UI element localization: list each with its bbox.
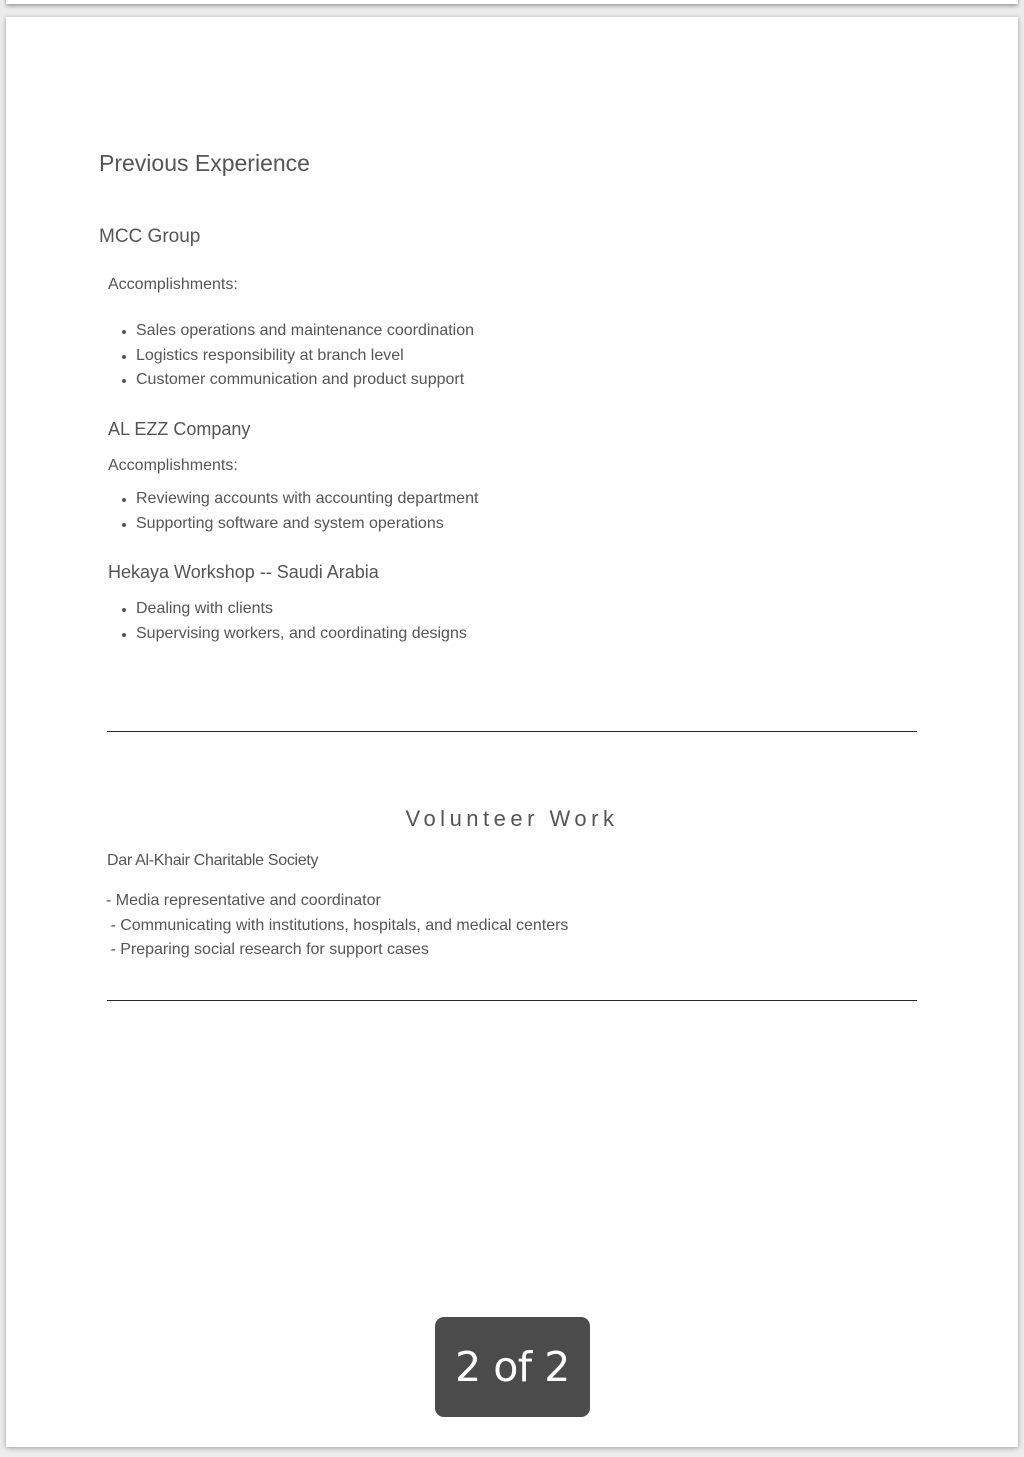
section-heading-previous-experience: Previous Experience [99,150,310,177]
volunteer-organization: Dar Al-Khair Charitable Society [107,852,318,870]
company-name: MCC Group [99,226,200,248]
accomplishments-list: Dealing with clients Supervising workers… [106,597,467,646]
accomplishments-label: Accomplishments: [108,457,238,475]
list-item: - Preparing social research for support … [106,938,568,963]
section-heading-volunteer-work: Volunteer Work [6,806,1018,832]
list-item: Supporting software and system operation… [136,512,478,537]
company-name: AL EZZ Company [108,419,250,440]
list-item: - Communicating with institutions, hospi… [106,914,568,939]
list-item: Customer communication and product suppo… [136,368,474,393]
list-item: Reviewing accounts with accounting depar… [136,487,478,512]
previous-page-edge [6,0,1018,4]
accomplishments-list: Reviewing accounts with accounting depar… [106,487,478,536]
company-name: Hekaya Workshop -- Saudi Arabia [108,562,379,583]
document-page: Previous Experience MCC Group Accomplish… [6,17,1018,1447]
list-item: Logistics responsibility at branch level [136,344,474,369]
list-item: Sales operations and maintenance coordin… [136,319,474,344]
list-item: - Media representative and coordinator [106,889,568,914]
accomplishments-list: Sales operations and maintenance coordin… [106,319,474,393]
list-item: Dealing with clients [136,597,467,622]
page-indicator-badge: 2 of 2 [435,1317,590,1417]
list-item: Supervising workers, and coordinating de… [136,622,467,647]
divider [107,1000,917,1001]
volunteer-duties: - Media representative and coordinator -… [106,889,568,963]
accomplishments-label: Accomplishments: [108,276,238,294]
divider [107,731,917,732]
